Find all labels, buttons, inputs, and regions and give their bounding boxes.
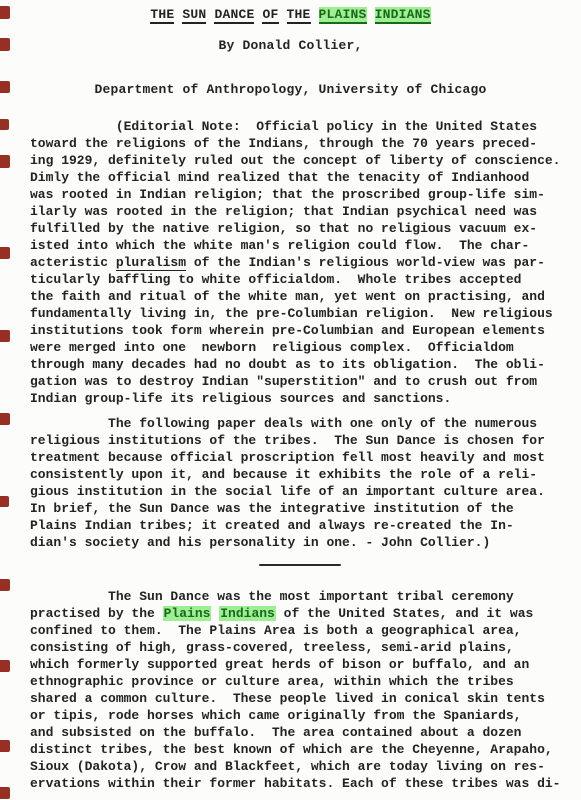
text-line: ervations within their former habitats. … (30, 775, 564, 792)
text-segment: of the United States, and it was (276, 606, 533, 621)
text-segment: consisting of high, grass-covered, treel… (30, 640, 514, 655)
text-segment: treatment because official proscription … (30, 450, 545, 465)
text-line: consisting of high, grass-covered, treel… (30, 639, 564, 656)
text-line: The Sun Dance was the most important tri… (30, 588, 564, 605)
text-segment: In brief, the Sun Dance was the integrat… (30, 501, 514, 516)
underlined-term: pluralism (116, 255, 186, 271)
scan-edge-mark (0, 119, 9, 130)
text-segment: Plains Indian tribes; it created and alw… (30, 518, 514, 533)
text-segment: or tipis, rode horses which came origina… (30, 708, 521, 723)
title-word: DANCE (214, 7, 254, 24)
text-line: Sioux (Dakota), Crow and Blackfeet, whic… (30, 758, 564, 775)
text-line: dian's society and his personality in on… (30, 534, 564, 551)
text-segment: of the Indian's religious world-view was… (186, 255, 545, 270)
scan-edge-mark (0, 247, 10, 259)
title-word: SUN (182, 7, 206, 24)
text-segment: were merged into one newborn religious c… (30, 340, 514, 355)
text-segment: (Editorial Note: Official policy in the … (30, 119, 537, 134)
text-segment: which formerly supported great herds of … (30, 657, 529, 672)
text-line: institutions took form wherein pre-Colum… (30, 322, 564, 339)
scan-edge-mark (0, 740, 10, 752)
text-line: fundamentally living in, the pre-Columbi… (30, 305, 564, 322)
document-page: THE SUN DANCE OF THE PLAINS INDIANS By D… (0, 0, 581, 800)
text-line: gation was to destroy Indian "superstiti… (30, 373, 564, 390)
paragraph: The Sun Dance was the most important tri… (30, 588, 564, 792)
document-title: THE SUN DANCE OF THE PLAINS INDIANS (0, 7, 581, 22)
text-segment: religious institutions of the tribes. Th… (30, 433, 545, 448)
text-line: shared a common culture. These people li… (30, 690, 564, 707)
title-word: THE (150, 7, 174, 24)
title-word-highlighted: PLAINS (319, 7, 367, 24)
text-segment: fundamentally living in, the pre-Columbi… (30, 306, 553, 321)
text-segment: was rooted in Indian religion; that the … (30, 187, 545, 202)
document-body: (Editorial Note: Official policy in the … (30, 118, 564, 792)
highlighted-term: Indians (219, 606, 276, 621)
scan-edge-mark (0, 496, 9, 507)
text-segment: through many decades had no doubt as to … (30, 357, 545, 372)
text-segment: dian's society and his personality in on… (30, 535, 490, 550)
text-segment: Indian group-life its religious sources … (30, 391, 451, 406)
text-segment: institutions took form wherein pre-Colum… (30, 323, 545, 338)
text-line: through many decades had no doubt as to … (30, 356, 564, 373)
byline: By Donald Collier, (0, 38, 581, 53)
affiliation: Department of Anthropology, University o… (0, 82, 581, 97)
text-line: fulfilled by the native religion, so tha… (30, 220, 564, 237)
text-line: consistently upon it, and because it exh… (30, 466, 564, 483)
text-line: (Editorial Note: Official policy in the … (30, 118, 564, 135)
text-line: practised by the Plains Indians of the U… (30, 605, 564, 622)
text-line: acteristic pluralism of the Indian's rel… (30, 254, 564, 271)
highlighted-term: Plains (163, 606, 212, 621)
title-word-highlighted: INDIANS (375, 7, 431, 24)
paragraph: The following paper deals with one only … (30, 415, 564, 551)
text-line: were merged into one newborn religious c… (30, 339, 564, 356)
text-segment: confined to them. The Plains Area is bot… (30, 623, 521, 638)
scan-edge-mark (0, 660, 10, 672)
text-line: treatment because official proscription … (30, 449, 564, 466)
text-line: ing 1929, definitely ruled out the conce… (30, 152, 564, 169)
text-line: The following paper deals with one only … (30, 415, 564, 432)
text-segment: shared a common culture. These people li… (30, 691, 545, 706)
paragraph: (Editorial Note: Official policy in the … (30, 118, 564, 407)
text-line: ticularly baffling to white officialdom.… (30, 271, 564, 288)
text-segment: gation was to destroy Indian "superstiti… (30, 374, 537, 389)
text-segment: ticularly baffling to white officialdom.… (30, 272, 521, 287)
text-segment: isted into which the white man's religio… (30, 238, 529, 253)
text-segment: The Sun Dance was the most important tri… (30, 589, 514, 604)
text-segment: Sioux (Dakota), Crow and Blackfeet, whic… (30, 759, 545, 774)
text-segment: the faith and ritual of the white man, y… (30, 289, 545, 304)
text-line: confined to them. The Plains Area is bot… (30, 622, 564, 639)
text-line: toward the religions of the Indians, thr… (30, 135, 564, 152)
text-segment: gious institution in the social life of … (30, 484, 545, 499)
scan-edge-mark (0, 330, 10, 342)
title-word: THE (287, 7, 311, 24)
text-segment: practised by the (30, 606, 163, 621)
text-line: the faith and ritual of the white man, y… (30, 288, 564, 305)
text-segment: distinct tribes, the best known of which… (30, 742, 553, 757)
text-segment: toward the religions of the Indians, thr… (30, 136, 537, 151)
scan-edge-mark (0, 787, 10, 799)
text-line: ilarly was rooted in the religion; that … (30, 203, 564, 220)
text-line: isted into which the white man's religio… (30, 237, 564, 254)
text-segment: ilarly was rooted in the religion; that … (30, 204, 537, 219)
text-line: or tipis, rode horses which came origina… (30, 707, 564, 724)
text-segment: and subsisted on the buffalo. The area c… (30, 725, 521, 740)
text-segment: acteristic (30, 255, 116, 270)
title-word: OF (262, 7, 278, 24)
text-line: gious institution in the social life of … (30, 483, 564, 500)
text-segment: The following paper deals with one only … (30, 416, 537, 431)
text-line: which formerly supported great herds of … (30, 656, 564, 673)
text-line: Indian group-life its religious sources … (30, 390, 564, 407)
text-line: In brief, the Sun Dance was the integrat… (30, 500, 564, 517)
text-line: Dimly the official mind realized that th… (30, 169, 564, 186)
text-line: Plains Indian tribes; it created and alw… (30, 517, 564, 534)
text-segment: fulfilled by the native religion, so tha… (30, 221, 537, 236)
text-segment: consistently upon it, and because it exh… (30, 467, 537, 482)
text-line: religious institutions of the tribes. Th… (30, 432, 564, 449)
scan-edge-mark (0, 579, 10, 591)
text-line: ethnographic province or culture area, w… (30, 673, 564, 690)
section-separator (259, 564, 341, 566)
text-line: and subsisted on the buffalo. The area c… (30, 724, 564, 741)
text-line: was rooted in Indian religion; that the … (30, 186, 564, 203)
scan-edge-mark (0, 413, 10, 425)
text-line: distinct tribes, the best known of which… (30, 741, 564, 758)
text-segment: ervations within their former habitats. … (30, 776, 561, 791)
text-segment: ethnographic province or culture area, w… (30, 674, 514, 689)
text-segment: Dimly the official mind realized that th… (30, 170, 529, 185)
scan-edge-mark (0, 155, 10, 168)
text-segment: ing 1929, definitely ruled out the conce… (30, 153, 561, 168)
